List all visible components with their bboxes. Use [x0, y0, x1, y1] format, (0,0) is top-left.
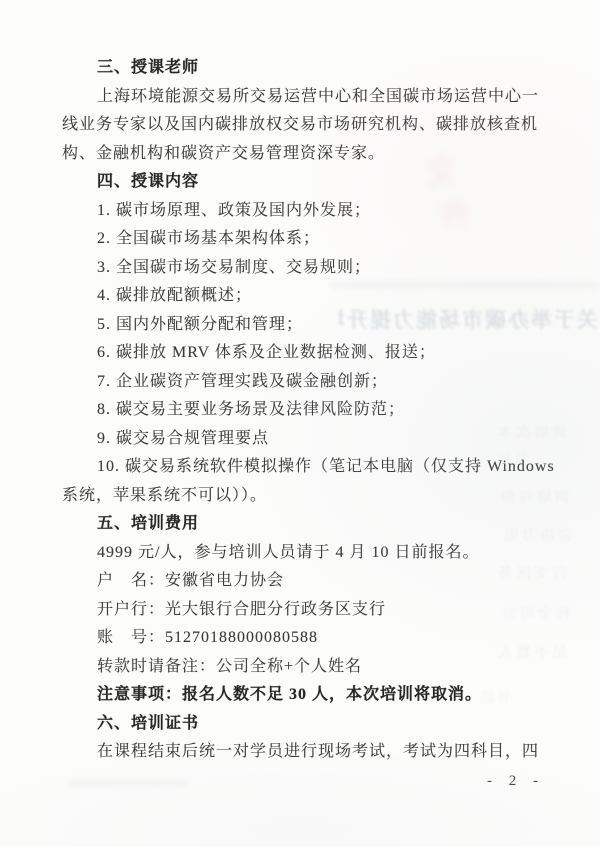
list-item: 9. 碳交易合规管理要点 [62, 425, 540, 454]
page-number: - 2 - [487, 773, 541, 790]
scan-smudge [68, 779, 188, 787]
document-page: 文 件 关于举办碳市场能力提升培训班的通知 训培次本 名报 训培与参 会协力电 … [0, 0, 600, 847]
paragraph-line: 在课程结束后统一对学员进行现场考试，考试为四科目，四 [62, 738, 540, 767]
notice-line: 注意事项：报名人数不足 30 人，本次培训将取消。 [62, 681, 540, 710]
document-content: 三、授课老师 上海环境能源交易所交易运营中心和全国碳市场运营中心一 线业务专家以… [62, 54, 540, 767]
list-item: 1. 碳市场原理、政策及国内外发展； [62, 197, 540, 226]
list-item-continuation: 系统，苹果系统不可以））。 [62, 482, 540, 511]
list-item: 2. 全国碳市场基本架构体系； [62, 225, 540, 254]
paragraph-line: 构、金融机构和碳资产交易管理资深专家。 [62, 140, 540, 169]
list-item: 8. 碳交易主要业务场景及法律风险防范； [62, 396, 540, 425]
transfer-note-line: 转款时请备注：公司全称+个人姓名 [62, 653, 540, 682]
paragraph-line: 上海环境能源交易所交易运营中心和全国碳市场运营中心一 [62, 83, 540, 112]
account-number-line: 账 号：51270188000080588 [62, 624, 540, 653]
list-item: 7. 企业碳资产管理实践及碳金融创新； [62, 368, 540, 397]
list-item: 10. 碳交易系统软件模拟操作（笔记本电脑（仅支持 Windows [62, 453, 540, 482]
list-item: 6. 碳排放 MRV 体系及企业数据检测、报送； [62, 339, 540, 368]
section-heading-teachers: 三、授课老师 [62, 54, 540, 83]
section-heading-contents: 四、授课内容 [62, 168, 540, 197]
list-item: 5. 国内外配额分配和管理； [62, 311, 540, 340]
bank-line: 开户行：光大银行合肥分行政务区支行 [62, 596, 540, 625]
account-name-line: 户 名：安徽省电力协会 [62, 567, 540, 596]
fee-line: 4999 元/人，参与培训人员请于 4 月 10 日前报名。 [62, 539, 540, 568]
list-item: 4. 碳排放配额概述； [62, 282, 540, 311]
section-heading-fees: 五、培训费用 [62, 510, 540, 539]
section-heading-certificate: 六、培训证书 [62, 710, 540, 739]
paragraph-line: 线业务专家以及国内碳排放权交易市场研究机构、碳排放核查机 [62, 111, 540, 140]
list-item: 3. 全国碳市场交易制度、交易规则； [62, 254, 540, 283]
